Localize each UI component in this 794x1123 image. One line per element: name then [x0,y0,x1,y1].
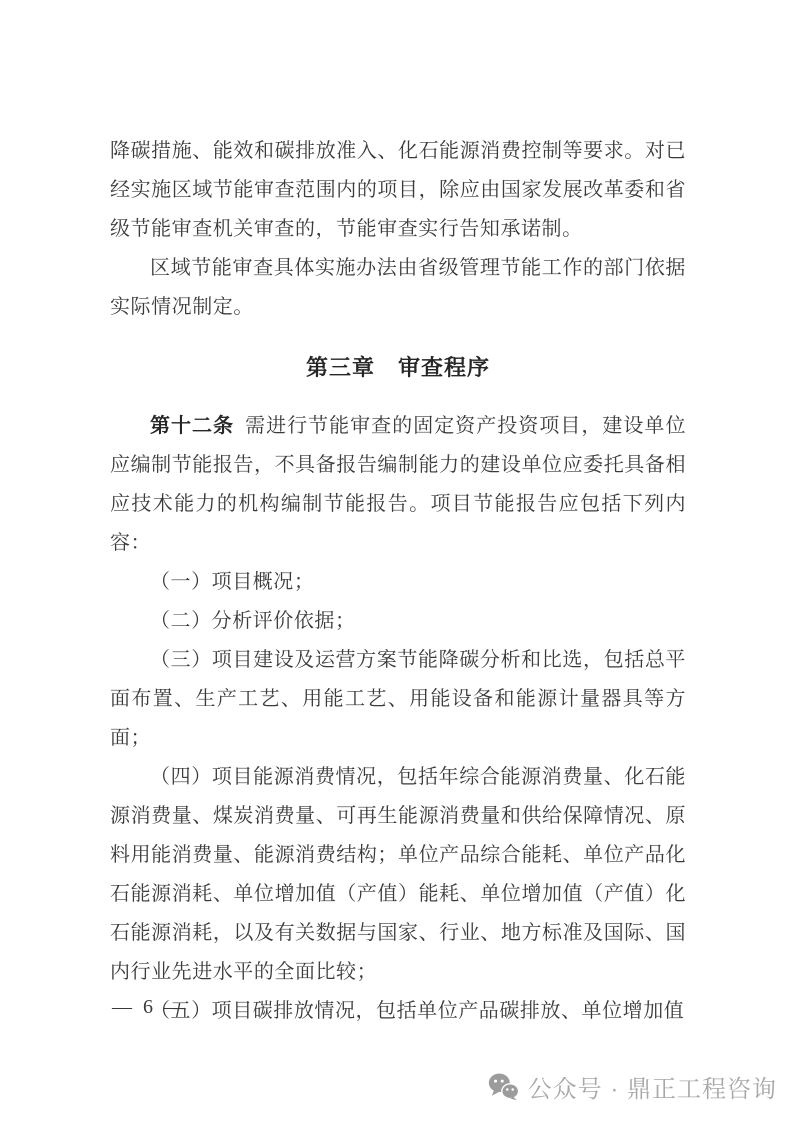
paragraph: （四）项目能源消费情况，包括年综合能源消费量、化石能源消费量、煤炭消费量、可再生… [110,758,686,992]
document-page: 降碳措施、能效和碳排放准入、化石能源消费控制等要求。对已经实施区域节能审查范围内… [0,0,794,1123]
page-number: — 6 — [112,996,187,1019]
paragraph: （五）项目碳排放情况，包括单位产品碳排放、单位增加值 [110,992,686,1031]
paragraph: （二）分析评价依据； [110,602,686,641]
article-number: 第十二条 [150,415,234,437]
paragraph: 第十二条需进行节能审查的固定资产投资项目，建设单位应编制节能报告，不具备报告编制… [110,407,686,563]
paragraph: （三）项目建设及运营方案节能降碳分析和比选，包括总平面布置、生产工艺、用能工艺、… [110,641,686,758]
document-body: 降碳措施、能效和碳排放准入、化石能源消费控制等要求。对已经实施区域节能审查范围内… [110,132,686,1031]
footer-watermark: 公众号 · 鼎正工程咨询 [488,1069,777,1104]
paragraph: 区域节能审查具体实施办法由省级管理节能工作的部门依据实际情况制定。 [110,249,686,327]
paragraph: 降碳措施、能效和碳排放准入、化石能源消费控制等要求。对已经实施区域节能审查范围内… [110,132,686,249]
paragraph: （一）项目概况； [110,563,686,602]
footer-label: 公众号 · 鼎正工程咨询 [528,1069,777,1104]
wechat-icon [488,1073,519,1101]
chapter-heading: 第三章 审查程序 [110,348,686,387]
